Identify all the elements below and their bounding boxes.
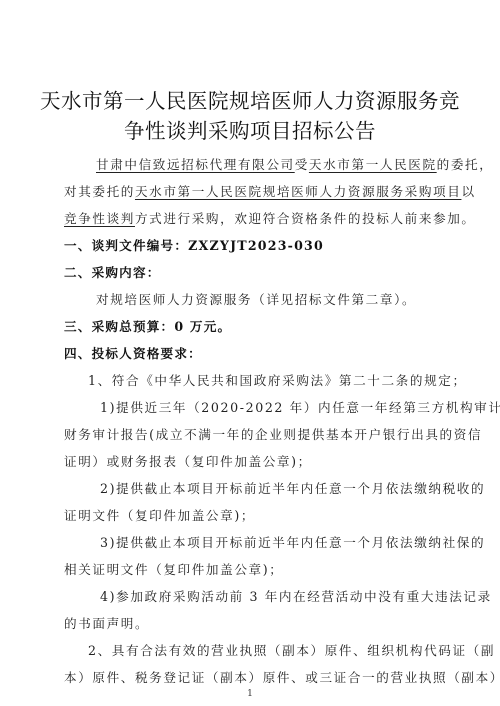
intro-text: 对其委托的 [64,184,135,199]
intro-line-1: 甘肃中信致远招标代理有限公司受天水市第一人民医院的委托， [96,157,472,173]
project-name: 天水市第一人民医院规培医师人力资源服务采购项目 [135,184,461,199]
intro-text: 的委托， [437,157,494,172]
requirement-1-1-line-1: 1)提供近三年（2020-2022 年）内任意一年经第三方机构审计的 [100,400,476,416]
section-1-document-number: 一、谈判文件编号：ZXZYJT2023-030 [64,238,440,254]
requirement-2-line-1: 2、具有合法有效的营业执照（副本）原件、组织机构代码证（副 [88,643,464,659]
document-title-line-1: 天水市第一人民医院规培医师人力资源服务竞 [0,84,500,114]
requirement-1-4-line-2: 的书面声明。 [64,616,440,632]
document-title-line-2: 争性谈判采购项目招标公告 [0,114,500,144]
requirement-1-2-line-2: 证明文件（复印件加盖公章)； [64,508,440,524]
requirement-1-3-line-1: 3)提供截止本项目开标前近半年内任意一个月依法缴纳社保的 [100,535,476,551]
requirement-1-3-line-2: 相关证明文件（复印件加盖公章)； [64,562,440,578]
section-2-body: 对规培医师人力资源服务（详见招标文件第二章）。 [96,292,472,308]
section-3-budget: 三、采购总预算：0 万元。 [64,319,440,335]
intro-text: 以 [461,184,475,199]
intro-text: 方式进行采购，欢迎符合资格条件的投标人前来参加。 [135,211,476,226]
page-number: 1 [0,689,500,699]
requirement-1-4-line-1: 4)参加政府采购活动前 3 年内在经营活动中没有重大违法记录 [100,589,476,605]
intro-text: 受 [295,157,309,172]
intro-line-2: 对其委托的天水市第一人民医院规培医师人力资源服务采购项目以 [64,184,440,200]
client-name: 天水市第一人民医院 [309,157,437,172]
document-page: 天水市第一人民医院规培医师人力资源服务竞 争性谈判采购项目招标公告 甘肃中信致远… [0,0,500,706]
section-2-heading: 二、采购内容： [64,265,440,281]
requirement-1-2-line-1: 2)提供截止本项目开标前近半年内任意一个月依法缴纳税收的 [100,481,476,497]
intro-line-3: 竞争性谈判方式进行采购，欢迎符合资格条件的投标人前来参加。 [64,211,440,227]
agency-name: 甘肃中信致远招标代理有限公司 [96,157,295,172]
requirement-2-line-2: 本）原件、税务登记证（副本）原件、或三证合一的营业执照（副本） [64,670,440,686]
requirement-1: 1、符合《中华人民共和国政府采购法》第二十二条的规定； [88,373,464,389]
requirement-1-1-line-3: 证明）或财务报表（复印件加盖公章)； [64,454,440,470]
requirement-1-1-line-2: 财务审计报告(成立不满一年的企业则提供基本开户银行出具的资信 [64,427,440,443]
procurement-method: 竞争性谈判 [64,211,135,226]
section-4-heading: 四、投标人资格要求： [64,346,440,362]
